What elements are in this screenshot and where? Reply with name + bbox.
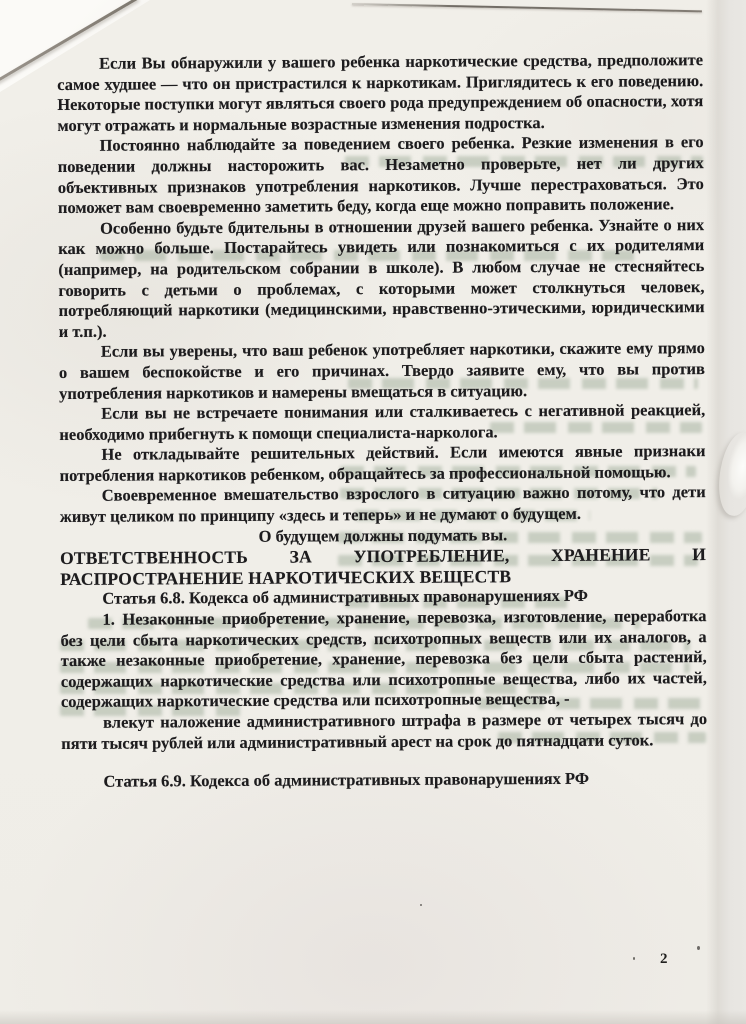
scan-speck	[420, 904, 422, 906]
paragraph-advice-4: Если вы уверены, что ваш ребенок употреб…	[59, 338, 705, 404]
paragraph-advice-3: Особенно будьте бдительны в отношении др…	[58, 215, 705, 343]
page-number: 2	[660, 951, 668, 968]
paper-edge-line	[352, 3, 702, 13]
scan-speck	[633, 957, 635, 960]
paragraph-advice-7: Своевременное вмешательство взрослого в …	[60, 483, 706, 528]
paragraph-advice-2: Постоянно наблюдайте за поведением своег…	[58, 132, 704, 218]
paragraph-advice-1: Если Вы обнаружили у вашего ребенка нарк…	[57, 50, 703, 136]
article-6-8-item-1: 1. Незаконные приобретение, хранение, пе…	[60, 606, 707, 713]
section-heading: ОТВЕТСТВЕННОСТЬ ЗА УПОТРЕБЛЕНИЕ, ХРАНЕНИ…	[60, 544, 706, 589]
article-6-8-penalty: влекут наложение административного штраф…	[61, 709, 707, 754]
article-6-9-title: Статья 6.9. Кодекса об административных …	[61, 768, 707, 793]
scan-speck	[697, 946, 700, 950]
scanned-document-page: Если Вы обнаружили у вашего ребенка нарк…	[0, 0, 746, 1024]
paragraph-advice-5: Если вы не встречаете понимания или стал…	[59, 400, 705, 445]
page-bottom-shadow	[0, 1010, 746, 1024]
document-text-block: Если Вы обнаружили у вашего ребенка нарк…	[57, 50, 708, 793]
paragraph-advice-6: Не откладывайте решительных действий. Ес…	[59, 441, 705, 486]
